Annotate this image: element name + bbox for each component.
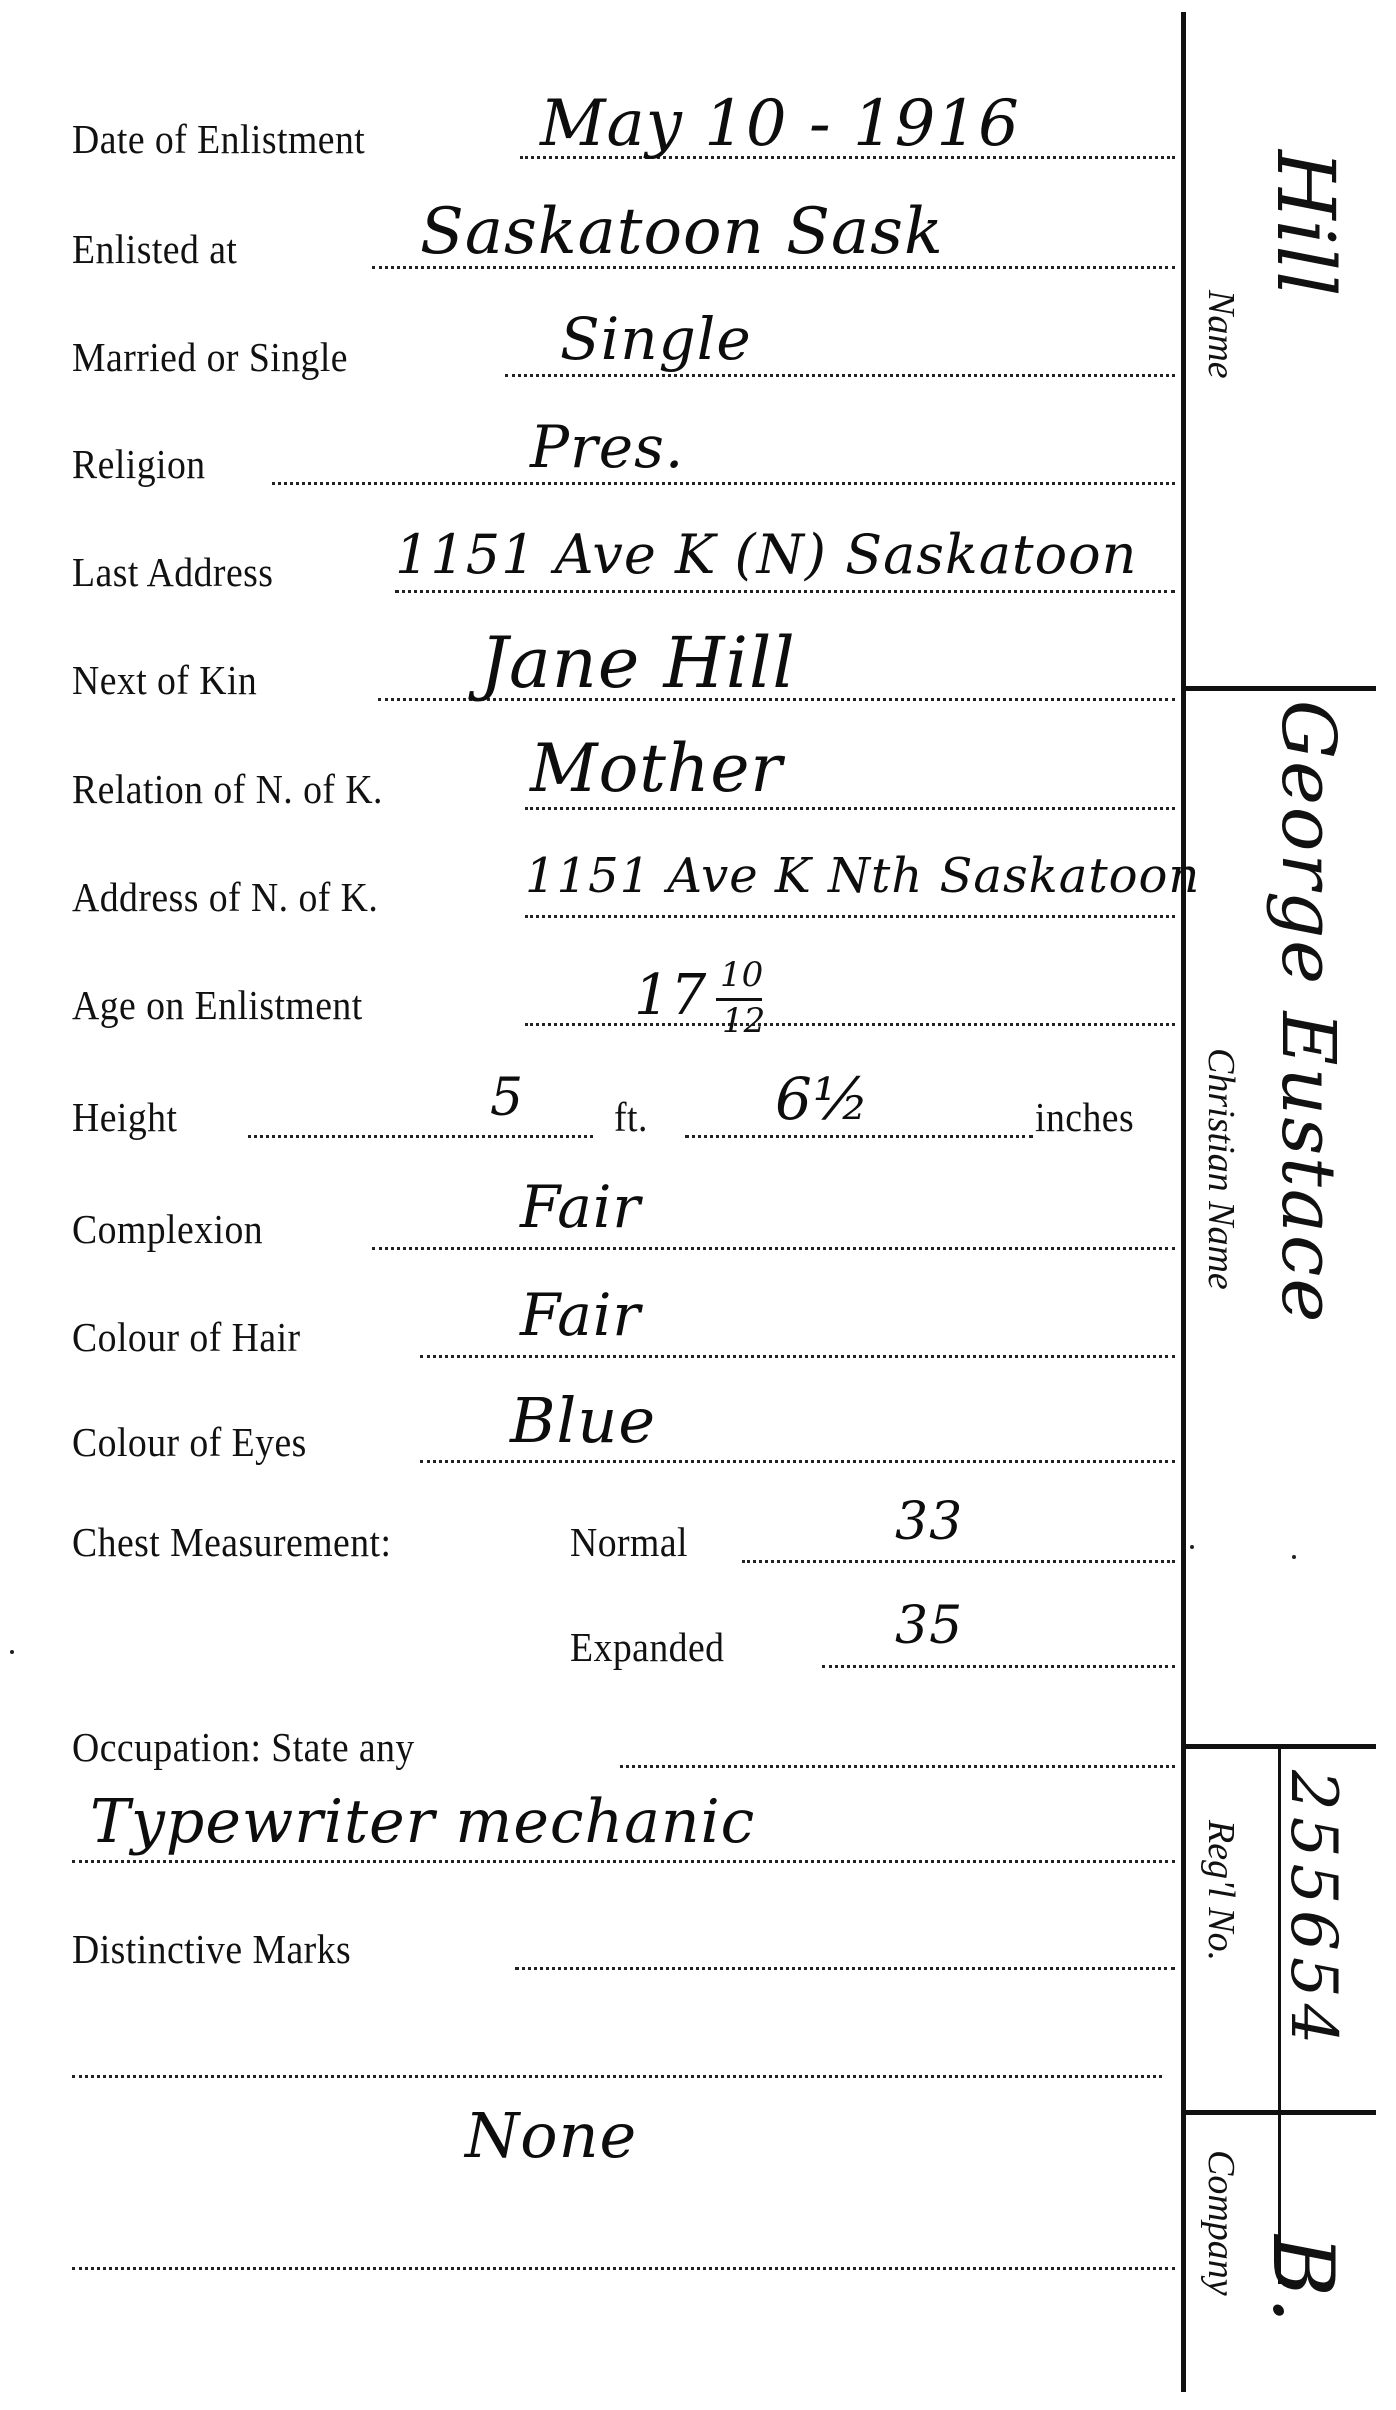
side-label-regimental-no: Reg'l No. [1202,1820,1240,1961]
dotted-line [685,1135,1033,1138]
field-complexion: Complexion [72,1190,280,1250]
dotted-line [248,1135,593,1138]
label-colour-of-eyes: Colour of Eyes [72,1422,307,1463]
field-enlisted-at: Enlisted at [72,210,252,270]
label-religion: Religion [72,444,206,485]
value-last-address: 1151 Ave K (N) Saskatoon [395,528,1137,582]
field-next-of-kin: Next of Kin [72,641,273,701]
height-feet-unit: ft. [614,1078,651,1138]
chest-expanded-label: Expanded [570,1608,738,1668]
field-relation-of-nok: Relation of N. of K. [72,750,410,810]
dotted-line [72,2075,1162,2078]
side-label-company: Company [1202,2150,1240,2296]
panel-separator-name [1186,686,1376,691]
attestation-card: Date of Enlistment May 10 - 1916 Enliste… [0,0,1396,2410]
label-age-on-enlistment: Age on Enlistment [72,985,363,1026]
field-married-or-single: Married or Single [72,318,372,378]
dotted-line [822,1665,1175,1668]
dotted-line [525,807,1175,810]
dotted-line [525,1023,1175,1026]
value-occupation: Typewriter mechanic [90,1792,755,1852]
value-height-inches: 6½ [775,1070,870,1128]
panel-separator-company [1186,2110,1376,2115]
label-occupation: Occupation: State any [72,1727,415,1768]
value-height-feet: 5 [490,1072,524,1124]
field-religion: Religion [72,425,217,485]
scan-speck [1190,1545,1194,1549]
chest-normal-label: Normal [570,1503,698,1563]
label-distinctive-marks: Distinctive Marks [72,1929,351,1970]
dotted-line [395,590,1175,593]
side-label-christian-name: Christian Name [1202,1048,1240,1290]
value-distinctive-marks: None [465,2105,637,2167]
height-inches-unit: inches [1035,1078,1143,1138]
dotted-line [505,374,1175,377]
dotted-line [72,1860,1175,1863]
dotted-line [72,2267,1175,2270]
column-divider [1181,12,1186,2392]
scan-speck [1292,1555,1296,1559]
value-chest-normal: 33 [895,1496,963,1548]
value-enlisted-at: Saskatoon Sask [420,200,944,264]
side-value-regimental-no: 255654 [1281,1770,1345,2050]
scan-speck [10,1650,14,1654]
side-value-company: B. [1261,2235,1345,2323]
label-last-address: Last Address [72,552,273,593]
value-address-of-nok: 1151 Ave K Nth Saskatoon [525,852,1200,900]
panel-separator-regno [1186,1744,1376,1749]
value-colour-of-hair: Fair [520,1286,641,1344]
label-relation-of-nok: Relation of N. of K. [72,769,383,810]
side-value-christian-name: George Eustace [1271,700,1345,1324]
label-enlisted-at: Enlisted at [72,229,237,270]
field-address-of-nok: Address of N. of K. [72,858,405,918]
dotted-line [525,915,1175,918]
value-complexion: Fair [520,1178,641,1236]
field-height: Height [72,1078,187,1138]
value-age-denominator: 12 [722,1004,765,1038]
dotted-line [372,1247,1175,1250]
label-height: Height [72,1097,177,1138]
value-next-of-kin: Jane Hill [480,628,796,698]
dotted-line [742,1560,1175,1563]
value-age-whole: 17 [634,968,707,1024]
value-age-numerator: 10 [720,958,763,992]
field-distinctive-marks: Distinctive Marks [72,1910,375,1970]
label-date-of-enlistment: Date of Enlistment [72,119,365,160]
dotted-line [515,1967,1175,1970]
label-colour-of-hair: Colour of Hair [72,1317,301,1358]
value-religion: Pres. [530,418,684,476]
field-colour-of-eyes: Colour of Eyes [72,1403,327,1463]
field-age-on-enlistment: Age on Enlistment [72,966,388,1026]
value-relation-of-nok: Mother [530,736,783,802]
dotted-line [272,482,1175,485]
value-married-or-single: Single [560,310,752,368]
label-complexion: Complexion [72,1209,263,1250]
dotted-line [420,1355,1175,1358]
dotted-line [620,1765,1175,1768]
value-chest-expanded: 35 [895,1600,963,1652]
label-chest-measurement: Chest Measurement: [72,1522,391,1563]
field-last-address: Last Address [72,533,291,593]
field-colour-of-hair: Colour of Hair [72,1298,320,1358]
field-occupation: Occupation: State any [72,1708,445,1768]
field-date-of-enlistment: Date of Enlistment [72,100,391,160]
value-colour-of-eyes: Blue [510,1390,656,1452]
label-address-of-nok: Address of N. of K. [72,877,378,918]
side-label-name: Name [1202,290,1240,379]
dotted-line [420,1460,1175,1463]
label-married-or-single: Married or Single [72,337,348,378]
value-date-of-enlistment: May 10 - 1916 [540,92,1020,156]
label-next-of-kin: Next of Kin [72,660,257,701]
field-chest-measurement: Chest Measurement: [72,1503,419,1563]
side-value-name: Hill [1265,150,1345,297]
